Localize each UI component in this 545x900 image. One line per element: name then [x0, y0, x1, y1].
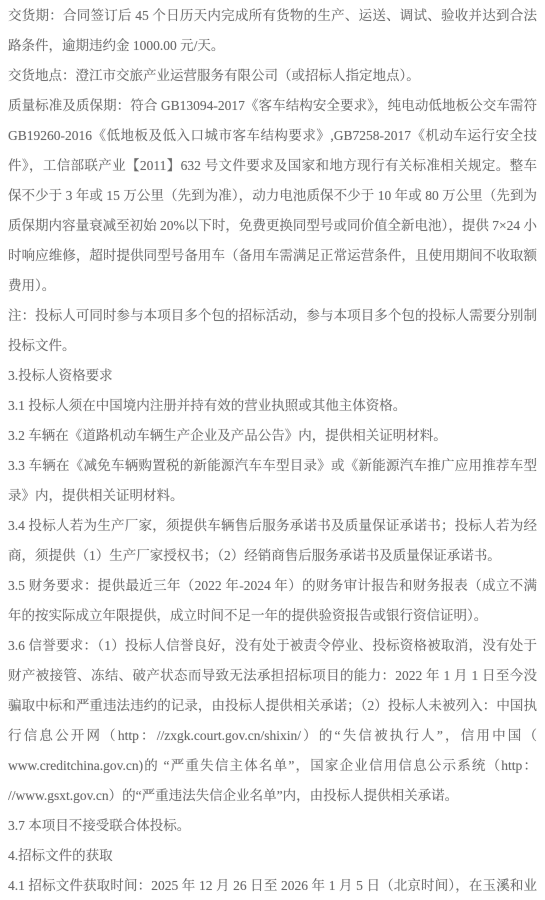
document-line: 3.6 信誉要求：（1）投标人信誉良好，没有处于被责令停业、投标资格被取消，没有… — [8, 631, 537, 661]
document-line: 质量标准及质保期：符合 GB13094-2017《客车结构安全要求》，纯电动低地… — [8, 91, 537, 121]
document-line: 录》内，提供相关证明材料。 — [8, 481, 537, 511]
document-line: 交货地点：澄江市交旅产业运营服务有限公司（或招标人指定地点）。 — [8, 61, 537, 91]
document-line: 件》，工信部联产业【2011】632 号文件要求及国家和地方现行有关标准相关规定… — [8, 151, 537, 181]
document-line: //www.gsxt.gov.cn）的“严重违法失信企业名单”内，由投标人提供相… — [8, 781, 537, 811]
document-line: 投标文件。 — [8, 331, 537, 361]
document-line: 路条件，逾期违约金 1000.00 元/天。 — [8, 31, 537, 61]
document-line: 3.2 车辆在《道路机动车辆生产企业及产品公告》内，提供相关证明材料。 — [8, 421, 537, 451]
document-line: www.creditchina.gov.cn)的 “严重失信主体名单”，国家企业… — [8, 751, 537, 781]
document-line: 3.1 投标人须在中国境内注册并持有效的营业执照或其他主体资格。 — [8, 391, 537, 421]
document-line: 行信息公开网（http：//zxgk.court.gov.cn/shixin/）… — [8, 721, 537, 751]
section-heading: 3.投标人资格要求 — [8, 361, 537, 391]
section-heading: 4.招标文件的获取 — [8, 841, 537, 871]
document-line: 4.1 招标文件获取时间：2025 年 12 月 26 日至 2026 年 1 … — [8, 871, 537, 900]
tender-document-page: 交货期：合同签订后 45 个日历天内完成所有货物的生产、运送、调试、验收并达到合… — [0, 0, 545, 900]
document-line: GB19260-2016《低地板及低入口城市客车结构要求》,GB7258-201… — [8, 121, 537, 151]
document-line: 注：投标人可同时参与本项目多个包的招标活动，参与本项目多个包的投标人需要分别制作 — [8, 301, 537, 331]
document-line: 交货期：合同签订后 45 个日历天内完成所有货物的生产、运送、调试、验收并达到合… — [8, 1, 537, 31]
document-line: 保不少于 3 年或 15 万公里（先到为准），动力电池质保不少于 10 年或 8… — [8, 181, 537, 211]
document-line: 年的按实际成立年限提供，成立时间不足一年的提供验资报告或银行资信证明）。 — [8, 601, 537, 631]
document-line: 3.4 投标人若为生产厂家，须提供车辆售后服务承诺书及质量保证承诺书；投标人若为… — [8, 511, 537, 541]
document-line: 商，须提供（1）生产厂家授权书；（2）经销商售后服务承诺书及质量保证承诺书。 — [8, 541, 537, 571]
document-line: 财产被接管、冻结、破产状态而导致无法承担招标项目的能力：2022 年 1 月 1… — [8, 661, 537, 691]
document-line: 费用）。 — [8, 271, 537, 301]
document-line: 3.7 本项目不接受联合体投标。 — [8, 811, 537, 841]
document-line: 3.3 车辆在《减免车辆购置税的新能源汽车车型目录》或《新能源汽车推广应用推荐车… — [8, 451, 537, 481]
document-line: 骗取中标和严重违法违约的记录，由投标人提供相关承诺；（2）投标人未被列入：中国执 — [8, 691, 537, 721]
document-line: 3.5 财务要求：提供最近三年（2022 年-2024 年）的财务审计报告和财务… — [8, 571, 537, 601]
document-line: 质保期内容量衰减至初始 20%以下时，免费更换同型号或同价值全新电池），提供 7… — [8, 211, 537, 241]
document-line: 时响应维修，超时提供同型号备用车（备用车需满足正常运营条件，且使用期间不收取额外 — [8, 241, 537, 271]
